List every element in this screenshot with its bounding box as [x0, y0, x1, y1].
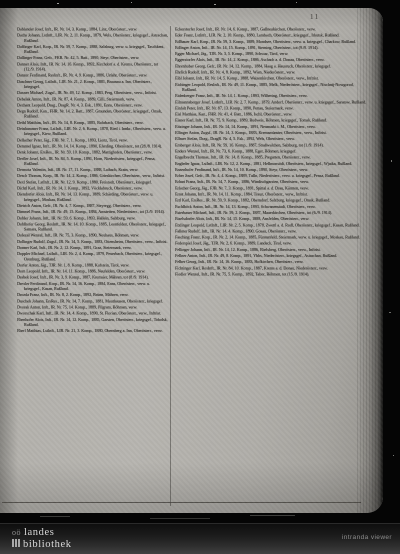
directory-entry: Dollinger Rudolf, Zugsf., IR. Nr. 14, 5.…	[17, 239, 168, 244]
page-bottom-rule	[2, 502, 361, 503]
directory-entry: Donner Karl, Inft., IR. Nr. 2, 12. Komp.…	[17, 245, 168, 250]
directory-entry: Erlacher Georg, Jäg., FJB. Nr. 7, 3. Kom…	[175, 186, 368, 191]
directory-entry: Dworschak Karl, Inft., IR. Nr. 14, 4. Ko…	[17, 311, 168, 316]
directory-entry: Daschner Georg, LstInft., LIR. Nr. 21, 2…	[17, 79, 168, 89]
directory-entry: Dablander Josef, Inft., IR. Nr. 14, 3. K…	[17, 27, 168, 32]
page-number: 11	[310, 13, 320, 21]
directory-entry: Ellmer Stefan, Drag., DragR. Nr. 4, 5. E…	[175, 137, 368, 142]
directory-entry: Ernst Johann, Inft., IR. Nr. 14, 11. Kom…	[175, 192, 368, 197]
directory-entry: Eggerstorfer Alois, Inft., IR. Nr. 14, 2…	[175, 58, 368, 63]
directory-entry: Eitzinger Johann, Inft., IR. Nr. 14, 14.…	[175, 124, 368, 129]
directory-entry: Eder Franz, LstInft., LIR. Nr. 2, 10. Ko…	[175, 33, 368, 38]
directory-entry: Ertl Karl, ErsRes., IR. Nr. 59, 9. Komp.…	[175, 198, 368, 203]
directory-entry: Dvorak Anton, Inft., IR. Nr. 75, 14. Kom…	[17, 305, 168, 310]
directory-entry: Egger Michael, Jäg., TJR. Nr. 3, 5. Komp…	[175, 52, 368, 57]
directory-entry: Daxner Michael, Zugsf., IR. Nr. 49, 12. …	[17, 91, 168, 96]
directory-entry: Enders Wenzel, Inft., IR. Nr. 73, 6. Kom…	[175, 149, 368, 154]
directory-entry: Einfalt Peter, Inft., IR. Nr. 87, 13. Ko…	[175, 106, 368, 111]
directory-entry: Dietrich Anton, Gefr., IR. Nr. 4, 7. Kom…	[17, 203, 168, 208]
directory-entry: Ellinger Anton, Zugsf., IR. Nr. 14, 3. K…	[175, 131, 368, 136]
dust-speck	[393, 455, 394, 456]
directory-entry: Eilmannsberger Josef, LstInft., LIR. Nr.…	[175, 100, 368, 105]
directory-entry: Esterbauer Michael, Inft., IR. Nr. 59, 2…	[175, 210, 368, 215]
directory-entry: Eibl Johann, Inft., IR. Nr. 14, 5. Komp.…	[175, 76, 368, 81]
logo-line1: landes	[24, 528, 54, 538]
directory-entry: Erber Josef, Gefr., IR. Nr. 4, 4. Komp.,…	[175, 174, 368, 179]
directory-entry: Dexl Stefan, LstInft., LIR. Nr. 12, 9. K…	[17, 180, 168, 185]
directory-entry: Fellinger Johann, Inft., IR. Nr. 14, 12.…	[175, 247, 368, 252]
directory-entry: Duschek Johann, ErsRes., IR. Nr. 14, 7. …	[17, 299, 168, 304]
directory-entry: Eberl Matthias, LstInft., LIR. Nr. 21, 3…	[17, 329, 168, 334]
directory-entry: Doppler Michael, LstInft., LIR. Nr. 2, 4…	[17, 252, 168, 262]
directory-entry: Ehrenhuber Georg, Gefr., IR. Nr. 14, 12.…	[175, 64, 368, 69]
directory-entry: Eisner Karl, Inft., IR. Nr. 75, 9. Komp.…	[175, 118, 368, 123]
book-fore-edge	[357, 8, 383, 513]
directory-entry: Dachs Johann, LstInft., LIR. Nr. 2, 11. …	[17, 33, 168, 43]
dust-speck	[150, 518, 210, 519]
scanned-page-image[interactable]: 11 Dablander Josef, Inft., IR. Nr. 14, 3…	[0, 8, 383, 513]
directory-entry: Fiedler Wenzel, Inft., IR. Nr. 75, 5. Ko…	[175, 272, 368, 277]
dust-speck	[250, 515, 295, 516]
directory-entry: Felber Georg, Inft., IR. Nr. 14, 16. Kom…	[175, 260, 368, 265]
directory-entry: Eckerstorfer Josef, Inft., IR. Nr. 14, 6…	[175, 27, 368, 32]
directory-entry: Etzlinger Leopold, LstInft., LIR. Nr. 2,…	[175, 223, 368, 228]
directory-entry: Dimmel Franz, Inft., IR. Nr. 49, 15. Kom…	[17, 210, 168, 215]
logo-prefix: oö	[12, 528, 21, 538]
directory-entry: Dellacher Peter, Jäg., FJB. Nr. 7, 1. Ko…	[17, 138, 168, 143]
directory-entry: Derfler Josef, Inft., IR. Nr. 84, 5. Kom…	[17, 156, 168, 166]
directory-entry: Deinhammer Franz, LstInft., LIR. Nr. 2, …	[17, 127, 168, 137]
directory-entry: Drexler Ferdinand, Korp., IR. Nr. 14, 16…	[17, 281, 168, 291]
dust-speck	[57, 3, 59, 4]
directory-entry: Federspiel Josef, Jäg., TJR. Nr. 2, 6. K…	[175, 241, 368, 246]
viewer-window: 11 Dablander Josef, Inft., IR. Nr. 14, 3…	[0, 0, 400, 554]
directory-entry: Fichtinger Karl, ResInft., IR. Nr. 84, 1…	[175, 266, 368, 271]
library-logo[interactable]: oö landes bibliothek	[12, 528, 72, 550]
directory-entry: Doblhofer Georg, ResInft., IR. Nr. 14, 1…	[17, 222, 168, 232]
dust-speck	[391, 160, 392, 162]
directory-entry: Ebenhofer Alois, Inft., IR. Nr. 14, 12. …	[17, 317, 168, 327]
dust-speck	[389, 312, 391, 313]
directory-entry: Fellner Anton, Inft., IR. Nr. 49, 8. Kom…	[175, 253, 368, 258]
dust-speck	[296, 2, 297, 3]
directory-entry: Eichinger Leopold, ResInft., IR. Nr. 49,…	[175, 82, 368, 92]
directory-entry: Dermota Valentin, Inft., IR. Nr. 17, 11.…	[17, 168, 168, 173]
directory-entry: Dobler Johann, Inft., IR. Nr. 59, 6. Kom…	[17, 216, 168, 221]
directory-entry: Demmel Ignaz, Inft., IR. Nr. 14, 14. Kom…	[17, 144, 168, 149]
viewer-footer-bar: oö landes bibliothek intranda viewer	[0, 523, 400, 554]
directory-entry: Danzer Ferdinand, ResInft., IR. Nr. 4, 9…	[17, 73, 168, 78]
logo-line2: bibliothek	[23, 540, 72, 550]
directory-entry: Dallinger Franz, Gefr., FKR. Nr. 42, 5. …	[17, 56, 168, 61]
directory-entry: Daffinger Karl, Korp., IR. Nr. 59, 7. Ko…	[17, 44, 168, 54]
directory-entry: Debelak Anton, Inft., IR. Nr. 87, 4. Kom…	[17, 97, 168, 102]
directory-entry: Enzenhofer Ferdinand, Inft., IR. Nr. 14,…	[175, 167, 368, 172]
directory-entry: Emberger Alois, Inft., IR. Nr. 59, 16. K…	[175, 143, 368, 148]
directory-entry: Deibl Matthias, Inft., IR. Nr. 14, 8. Ko…	[17, 120, 168, 125]
directory-entry: Drabek Josef, Inft., IR. Nr. 3, 9. Komp.…	[17, 275, 168, 280]
directory-entry: Degn Rudolf, Kan., FHR. Nr. 14, 2. Batt.…	[17, 109, 168, 119]
directory-entry: Fasching Franz, Korp., IR. Nr. 2, 14. Ko…	[175, 235, 368, 240]
directory-entry: Edlinger Anton, Inft., IR. Nr. 14, 15. K…	[175, 45, 368, 50]
directory-entry: Erhart Franz, Inft., IR. Nr. 14, 7. Komp…	[175, 180, 368, 185]
directory-entry: Dolezal Wenzel, Inft., IR. Nr. 75, 3. Ko…	[17, 233, 168, 238]
directory-entry: Etzelsdorfer Alois, Inft., IR. Nr. 14, 1…	[175, 217, 368, 222]
directory-entry: Falkner Rudolf, Inft., IR. Nr. 14, 4. Ko…	[175, 229, 368, 234]
dust-speck	[40, 516, 70, 517]
column-divider-rule	[170, 26, 171, 506]
text-column-left: Dablander Josef, Inft., IR. Nr. 14, 3. K…	[17, 27, 168, 505]
directory-entry: Desch Thomas, Korp., IR. Nr. 14, 2. Komp…	[17, 174, 168, 179]
dust-speck	[214, 4, 216, 5]
directory-entry: Denk Johann, ErsRes., IR. Nr. 59, 10. Ko…	[17, 150, 168, 155]
directory-entry: Dorfer Anton, Jäg., TJR. Nr. 1, 8. Komp.…	[17, 263, 168, 268]
directory-entry: Engleder Ignaz, LstInft., LIR. Nr. 12, 2…	[175, 161, 368, 166]
logo-bars-icon	[12, 539, 20, 547]
dust-speck	[131, 2, 132, 3]
viewer-name-link[interactable]: intranda viewer	[342, 534, 392, 541]
text-column-right: Eckerstorfer Josef, Inft., IR. Nr. 14, 6…	[175, 27, 368, 505]
directory-entry: Diendorfer Alois, Inft., IR. Nr. 14, 13.…	[17, 192, 168, 202]
directory-entry: Eisl Matthias, Kan., FHR. Nr. 41, 4. Bat…	[175, 112, 368, 117]
directory-entry: Dichtl Karl, Inft., IR. Nr. 14, 1. Komp.…	[17, 186, 168, 191]
directory-entry: Drozda Franz, Inft., IR. Nr. 8, 2. Komp.…	[17, 293, 168, 298]
directory-entry: Ehrlich Rudolf, Inft., IR. Nr. 4, 8. Kom…	[175, 70, 368, 75]
directory-entry: Dorn Leopold, Inft., IR. Nr. 14, 11. Kom…	[17, 269, 168, 274]
directory-entry: Danner Alois, Inft., IR. Nr. 14, 16. Kom…	[17, 62, 168, 72]
directory-entry: Edlbauer Karl, Korp., IR. Nr. 59, 3. Kom…	[175, 39, 368, 44]
page-gutter-shadow	[0, 8, 18, 513]
directory-entry: Eidenberger Franz, Inft., IR. Nr. 14, 1.…	[175, 94, 368, 99]
directory-entry: Engelbrecht Thomas, Inft., IR. Nr. 14, 8…	[175, 155, 368, 160]
directory-entry: Dechant Leopold, Drag., DragR. Nr. 4, 3.…	[17, 103, 168, 108]
directory-entry: Eschlböck Anton, Inft., IR. Nr. 14, 13. …	[175, 204, 368, 209]
